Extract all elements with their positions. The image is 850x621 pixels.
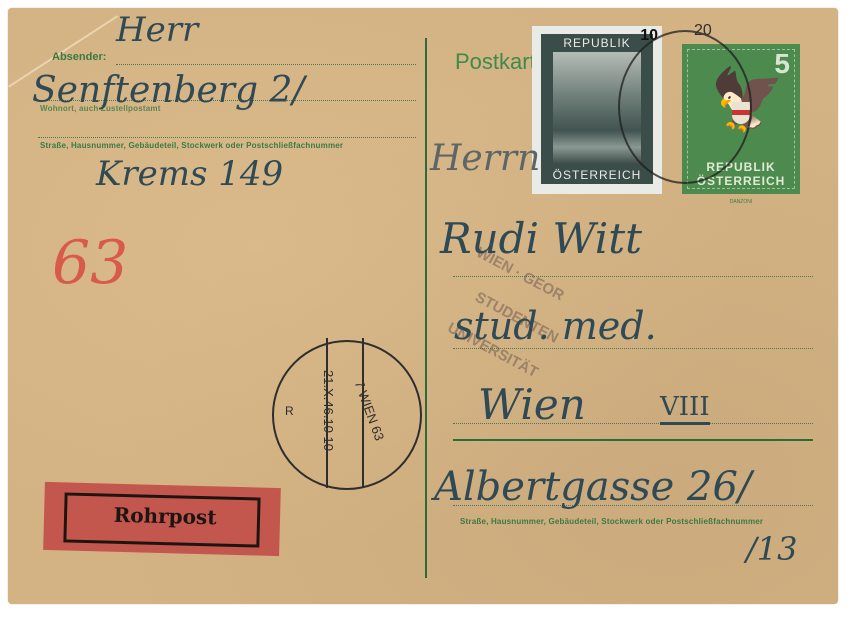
stamp-country-top: REPUBLIK — [541, 36, 653, 50]
recipient-street-handwriting: Albertgasse 26/ — [434, 464, 751, 510]
address-city-underline — [453, 439, 813, 441]
vienna-postmark — [272, 340, 422, 490]
recipient-salutation-handwriting: Herrn — [430, 138, 540, 179]
address-sublabel-street: Straße, Hausnummer, Gebäudeteil, Stockwe… — [460, 517, 763, 526]
red-crayon-note: 63 — [52, 228, 128, 298]
recipient-apartment-handwriting: /13 — [746, 530, 798, 568]
postmark-date: 21.X.46.10 10 — [321, 370, 336, 451]
rohrpost-label-frame: Rohrpost — [63, 492, 260, 547]
rohrpost-label-text: Rohrpost — [67, 502, 264, 531]
recipient-district-handwriting: VIII — [660, 392, 710, 425]
indicium-value: 5 — [774, 48, 790, 80]
sender-line-1 — [116, 64, 416, 65]
stamp-country-bottom: ÖSTERREICH — [541, 168, 653, 182]
sender-name-handwriting: Herr — [116, 10, 198, 50]
sender-sublabel-street: Straße, Hausnummer, Gebäudeteil, Stockwe… — [40, 141, 343, 150]
postcard: Absender: Wohnort, auch Zustellpostamt S… — [8, 8, 838, 604]
recipient-name-handwriting: Rudi Witt — [440, 214, 642, 263]
indicium-designer: DANZONI — [682, 199, 800, 205]
card-divider — [425, 38, 427, 578]
sender-line-3 — [38, 137, 416, 138]
recipient-city-handwriting: Wien — [478, 380, 586, 429]
postmark-letter: R — [285, 404, 294, 418]
sender-place-handwriting: Senftenberg 2/ — [32, 70, 305, 111]
sender-street-handwriting: Krems 149 — [96, 154, 283, 194]
stamp-cancel-postmark — [618, 30, 752, 184]
recipient-title-handwriting: stud. med. — [454, 304, 657, 348]
sender-label: Absender: — [52, 51, 106, 63]
faint-violet-cachet: WIEN · GEOR STUDENTEN UNIVERSITÄT — [411, 226, 685, 479]
rohrpost-label: Rohrpost — [43, 482, 281, 556]
cancel-fragment: 20 — [694, 22, 712, 40]
